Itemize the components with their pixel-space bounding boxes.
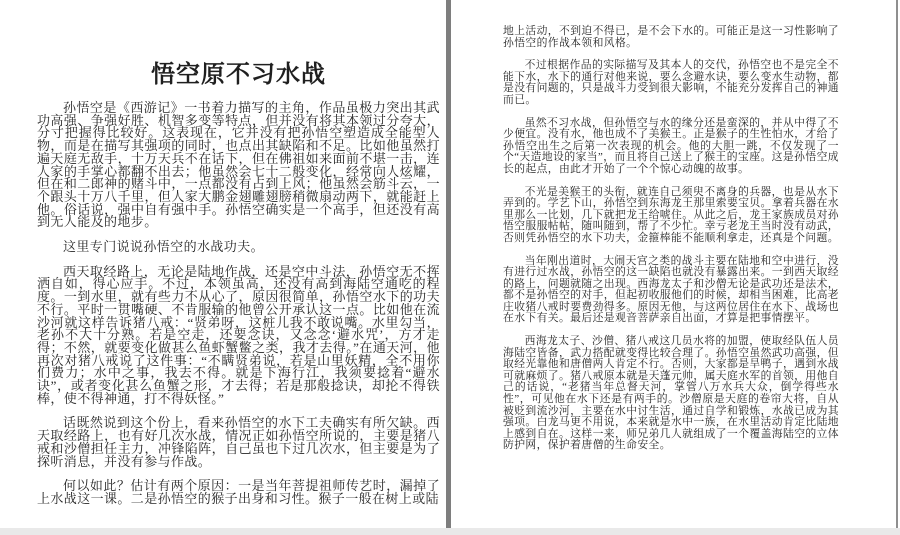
page-right-edge-line <box>896 0 898 528</box>
bottom-margin-strip <box>0 528 900 535</box>
right-page-body: 地上活动，不到迫不得已，是不会下水的。可能正是这一习性影响了孙悟空的作战本领和风… <box>503 26 839 452</box>
left-paragraph-1: 孙悟空是《西游记》一书着力描写的主角，作品虽极力突出其武功高强、争强好胜、机智多… <box>37 102 440 229</box>
right-paragraph-1: 地上活动，不到迫不得已，是不会下水的。可能正是这一习性影响了孙悟空的作战本领和风… <box>503 26 839 49</box>
right-paragraph-3: 虽然不习水战，但孙悟空与水的缘分还是蛮深的，并从中得了不少便宜。没有水，他也成不… <box>503 118 839 176</box>
chapter-title: 悟空原不习水战 <box>37 60 440 90</box>
right-paragraph-4: 不光是美猴王的头衔，就连自己须臾不离身的兵器，也是从水下弄到的。学艺下山，孙悟空… <box>503 187 839 245</box>
left-page-body: 孙悟空是《西游记》一书着力描写的主角，作品虽极力突出其武功高强、争强好胜、机智多… <box>37 102 440 506</box>
right-page: 地上活动，不到迫不得已，是不会下水的。可能正是这一习性影响了孙悟空的作战本领和风… <box>451 0 896 528</box>
right-paragraph-6: 西海龙太子、沙僧、猪八戒这几员水将的加盟，使取经队伍人员海陆空皆备，武力搭配就变… <box>503 336 839 452</box>
left-paragraph-3: 西天取经路上，无论是陆地作战，还是空中斗法，孙悟空无不挥洒自如，得心应手。不过，… <box>37 266 440 406</box>
left-paragraph-4: 话既然说到这个份上，看来孙悟空的水下工夫确实有所欠缺。西天取经路上，也有好几次水… <box>37 417 440 468</box>
right-paragraph-5: 当年刚出道时，大闹天宫之类的战斗主要在陆地和空中进行，没有进行过水战，孙悟空的这… <box>503 256 839 326</box>
right-paragraph-2: 不过根据作品的实际描写及其本人的交代，孙悟空也不是完全不能下水，水下的通行对他来… <box>503 60 839 106</box>
left-page: 悟空原不习水战 孙悟空是《西游记》一书着力描写的主角，作品虽极力突出其武功高强、… <box>0 0 446 528</box>
left-paragraph-2: 这里专门说说孙悟空的水战功夫。 <box>37 241 440 254</box>
left-paragraph-5: 何以如此？估计有两个原因：一是当年菩提祖师传艺时，漏掉了上水战这一课。二是孙悟空… <box>37 480 440 505</box>
